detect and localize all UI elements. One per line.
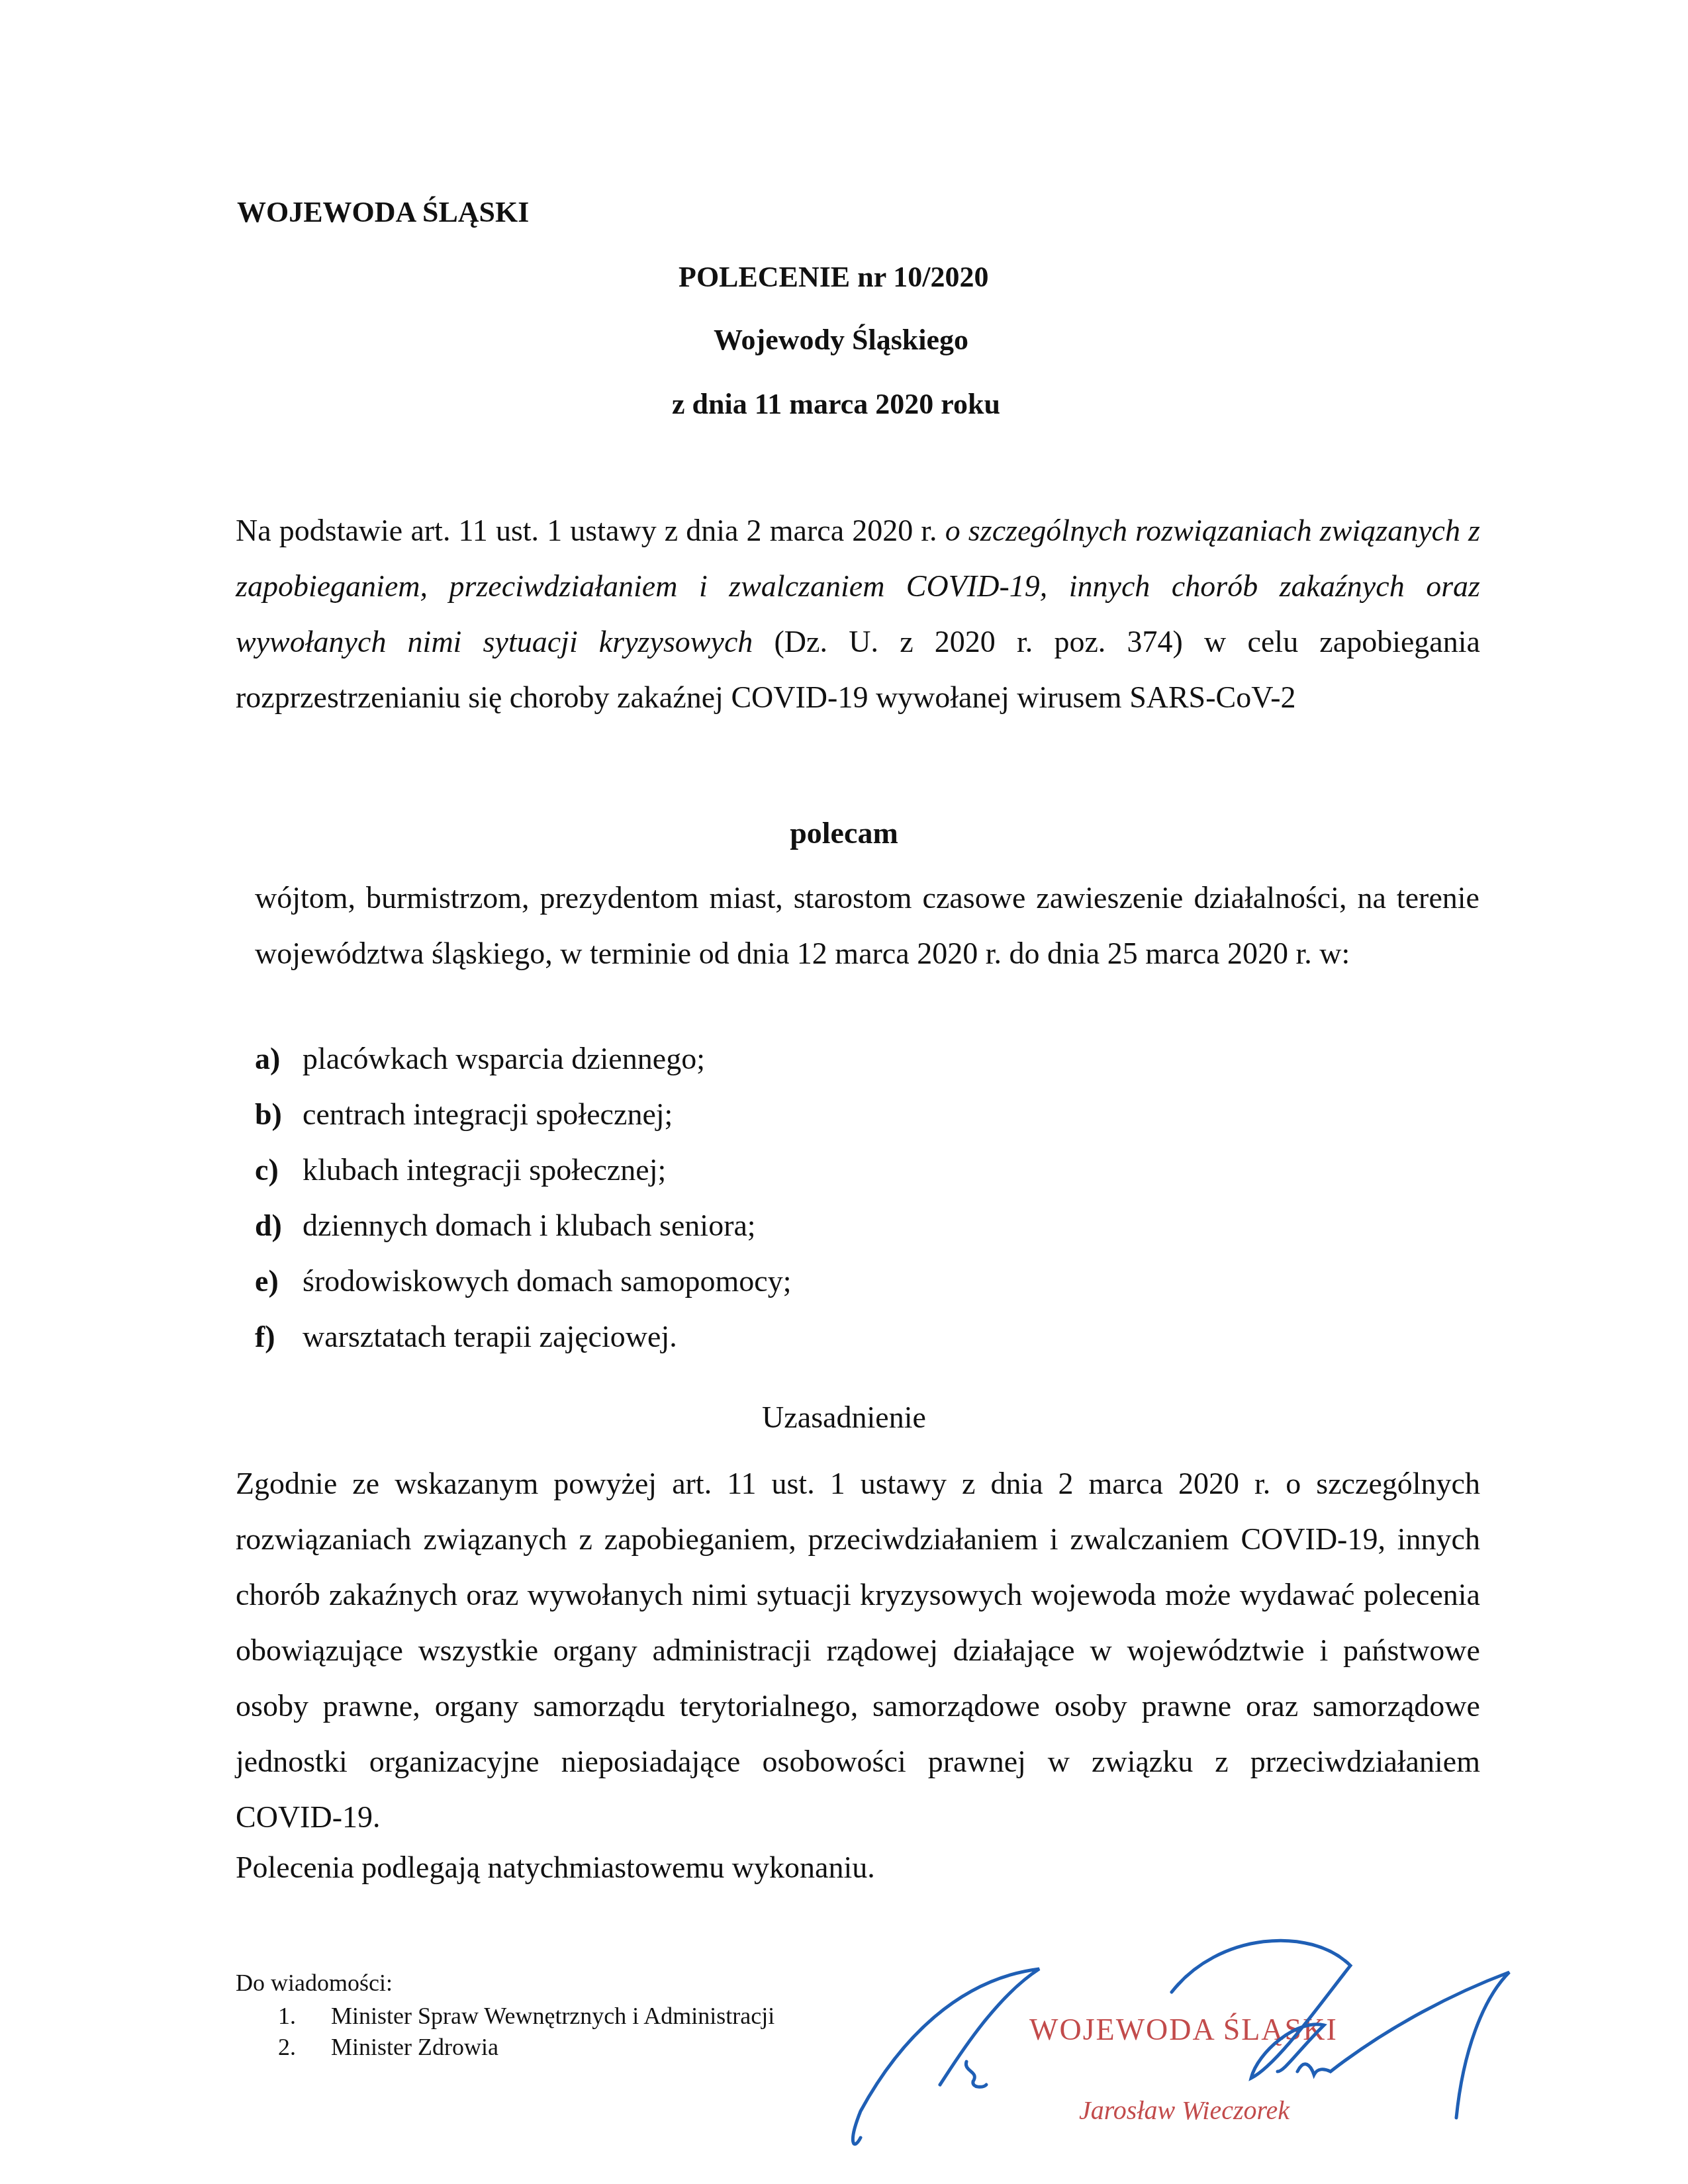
signature-icon: [0, 0, 1688, 2184]
